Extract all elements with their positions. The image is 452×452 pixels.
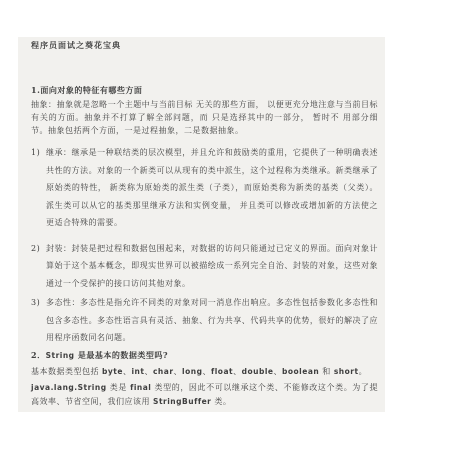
- list-item-encapsulation: 2) 封装：封装是把过程和数据包围起来，对数据的访问只能通过已定义的界面。面向对…: [31, 240, 378, 293]
- list-item-number: 3): [31, 294, 46, 347]
- question-1-heading: 1.面向对象的特征有哪些方面: [31, 84, 378, 97]
- list-item-polymorphism: 3) 多态性：多态性是指允许不同类的对象对同一消息作出响应。多态性包括参数化多态…: [31, 294, 378, 347]
- question-2-heading: 2．String 是最基本的数据类型吗?: [31, 349, 378, 362]
- list-item-text: 封装：封装是把过程和数据包围起来，对数据的访问只能通过已定义的界面。面向对象计算…: [46, 240, 378, 293]
- document-page: 程序员面试之葵花宝典 1.面向对象的特征有哪些方面 抽象：抽象就是忽略一个主题中…: [18, 37, 385, 412]
- list-item-text: 多态性：多态性是指允许不同类的对象对同一消息作出响应。多态性包括参数化多态性和包…: [46, 294, 378, 347]
- list-item-text: 继承：继承是一种联结类的层次模型，并且允许和鼓励类的重用，它提供了一种明确表述共…: [46, 144, 378, 232]
- page-title: 程序员面试之葵花宝典: [31, 40, 378, 50]
- list-item-number: 2): [31, 240, 46, 293]
- abstraction-intro-paragraph: 抽象：抽象就是忽略一个主题中与当前目标 无关的那些方面， 以便更充分地注意与当前…: [31, 98, 378, 137]
- paragraph-string-final: java.lang.String 类是 final 类型的，因此不可以继承这个类…: [31, 381, 378, 409]
- oop-features-list: 1) 继承：继承是一种联结类的层次模型，并且允许和鼓励类的重用，它提供了一种明确…: [31, 144, 378, 347]
- paragraph-primitive-types: 基本数据类型包括 byte、int、char、long、float、double…: [31, 365, 378, 379]
- list-item-number: 1): [31, 144, 46, 232]
- list-item-inheritance: 1) 继承：继承是一种联结类的层次模型，并且允许和鼓励类的重用，它提供了一种明确…: [31, 144, 378, 232]
